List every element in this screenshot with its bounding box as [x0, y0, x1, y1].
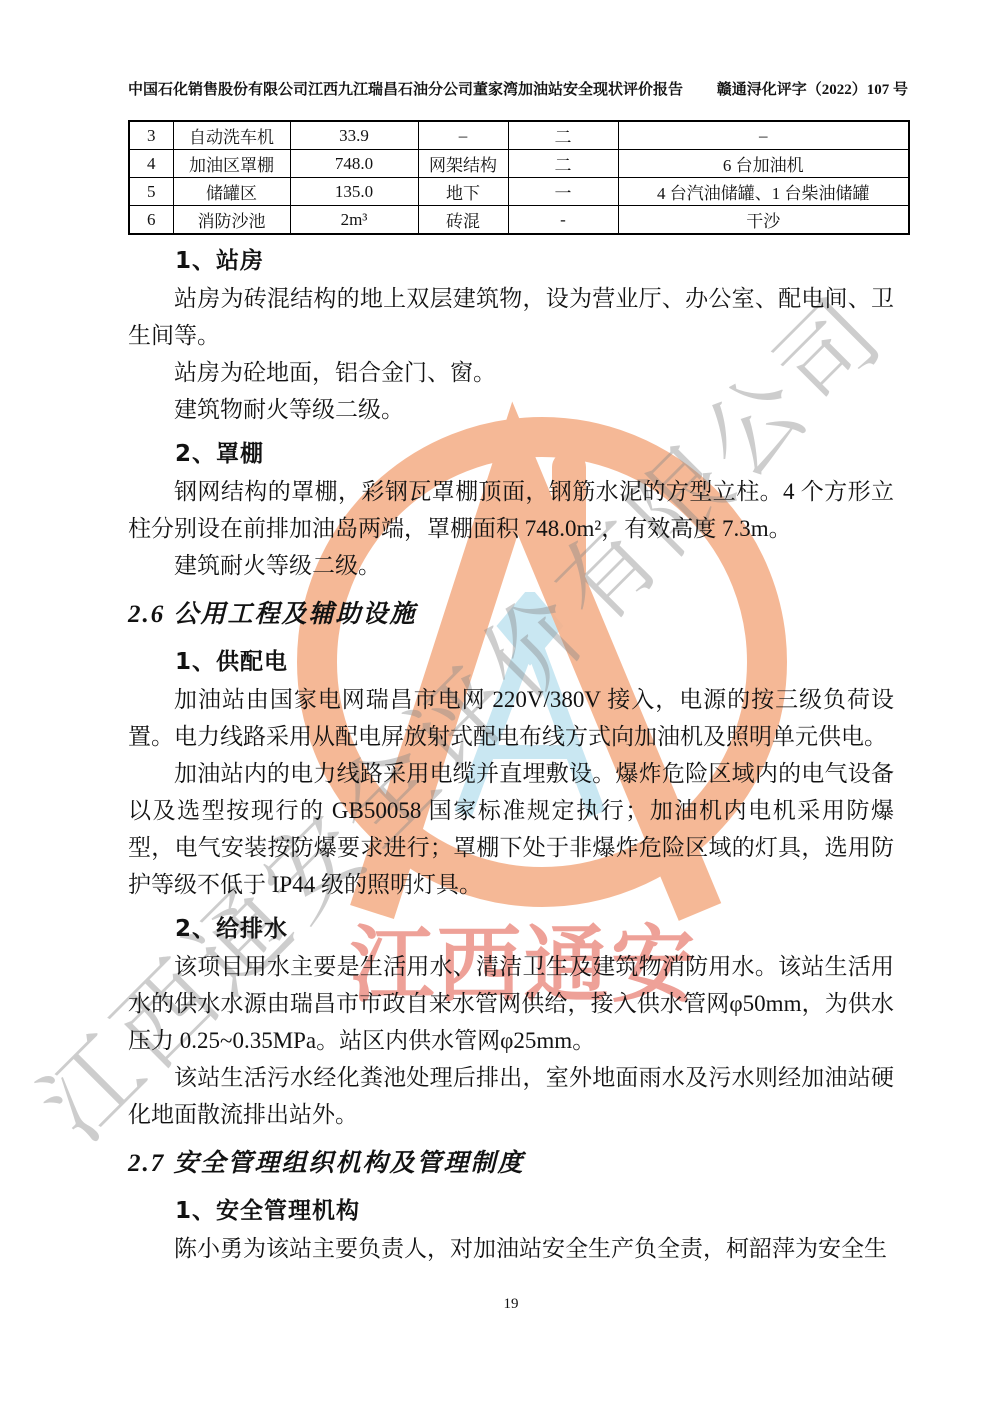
paragraph: 该项目用水主要是生活用水、清洁卫生及建筑物消防用水。该站生活用水的供水水源由瑞昌…	[128, 948, 894, 1059]
table-row: 4加油区罩棚748.0网架结构二6 台加油机	[129, 150, 909, 178]
table-cell: -	[508, 206, 618, 235]
table-cell: 33.9	[290, 121, 418, 150]
facilities-table-body: 3自动洗车机33.9–二–4加油区罩棚748.0网架结构二6 台加油机5储罐区1…	[129, 121, 909, 234]
paragraph: 建筑物耐火等级二级。	[128, 391, 894, 428]
page-header: 中国石化销售股份有限公司江西九江瑞昌石油分公司董家湾加油站安全现状评价报告 赣通…	[128, 80, 908, 100]
table-cell: 6 台加油机	[618, 150, 909, 178]
table-row: 5储罐区135.0地下一4 台汽油储罐、1 台柴油储罐	[129, 178, 909, 206]
document-page: 江西通安全评价有限公司 江西通安 中国石化销售股份有限公司江西九江瑞昌石油分公司…	[0, 0, 992, 1403]
sub-heading: 1、供配电	[128, 644, 894, 681]
document-body: 中国石化销售股份有限公司江西九江瑞昌石油分公司董家湾加油站安全现状评价报告 赣通…	[128, 80, 894, 1267]
table-cell: 储罐区	[173, 178, 290, 206]
paragraph: 建筑耐火等级二级。	[128, 547, 894, 584]
table-row: 6消防沙池2m³砖混-干沙	[129, 206, 909, 235]
table-cell: 加油区罩棚	[173, 150, 290, 178]
header-doc-number: 赣通浔化评字（2022）107 号	[717, 80, 908, 100]
table-cell: 4 台汽油储罐、1 台柴油储罐	[618, 178, 909, 206]
table-cell: 地下	[418, 178, 508, 206]
table-cell: 748.0	[290, 150, 418, 178]
table-cell: 网架结构	[418, 150, 508, 178]
table-row: 3自动洗车机33.9–二–	[129, 121, 909, 150]
table-cell: 干沙	[618, 206, 909, 235]
section-heading: 2.6 公用工程及辅助设施	[128, 594, 894, 636]
page-number: 19	[128, 1296, 894, 1313]
section-heading: 2.7 安全管理组织机构及管理制度	[128, 1143, 894, 1185]
table-cell: 3	[129, 121, 173, 150]
table-cell: 二	[508, 121, 618, 150]
table-cell: 一	[508, 178, 618, 206]
sub-heading: 2、给排水	[128, 911, 894, 948]
content-area: 1、站房站房为砖混结构的地上双层建筑物，设为营业厅、办公室、配电间、卫生间等。站…	[128, 243, 894, 1267]
paragraph: 陈小勇为该站主要负责人，对加油站安全生产负全责，柯韶萍为安全生	[128, 1230, 894, 1267]
sub-heading: 2、罩棚	[128, 436, 894, 473]
table-cell: 6	[129, 206, 173, 235]
sub-heading: 1、安全管理机构	[128, 1193, 894, 1230]
table-cell: 4	[129, 150, 173, 178]
paragraph: 站房为砼地面，铝合金门、窗。	[128, 354, 894, 391]
table-cell: 135.0	[290, 178, 418, 206]
paragraph: 站房为砖混结构的地上双层建筑物，设为营业厅、办公室、配电间、卫生间等。	[128, 280, 894, 354]
table-cell: 消防沙池	[173, 206, 290, 235]
table-cell: 5	[129, 178, 173, 206]
paragraph: 加油站内的电力线路采用电缆并直埋敷设。爆炸危险区域内的电气设备以及选型按现行的 …	[128, 755, 894, 903]
facilities-table: 3自动洗车机33.9–二–4加油区罩棚748.0网架结构二6 台加油机5储罐区1…	[128, 120, 910, 235]
paragraph: 钢网结构的罩棚，彩钢瓦罩棚顶面，钢筋水泥的方型立柱。4 个方形立柱分别设在前排加…	[128, 473, 894, 547]
table-cell: –	[618, 121, 909, 150]
table-cell: 2m³	[290, 206, 418, 235]
header-report-title: 中国石化销售股份有限公司江西九江瑞昌石油分公司董家湾加油站安全现状评价报告	[128, 80, 683, 100]
table-cell: 二	[508, 150, 618, 178]
table-cell: –	[418, 121, 508, 150]
paragraph: 加油站由国家电网瑞昌市电网 220V/380V 接入，电源的按三级负荷设置。电力…	[128, 681, 894, 755]
sub-heading: 1、站房	[128, 243, 894, 280]
table-cell: 砖混	[418, 206, 508, 235]
table-cell: 自动洗车机	[173, 121, 290, 150]
paragraph: 该站生活污水经化粪池处理后排出，室外地面雨水及污水则经加油站硬化地面散流排出站外…	[128, 1059, 894, 1133]
